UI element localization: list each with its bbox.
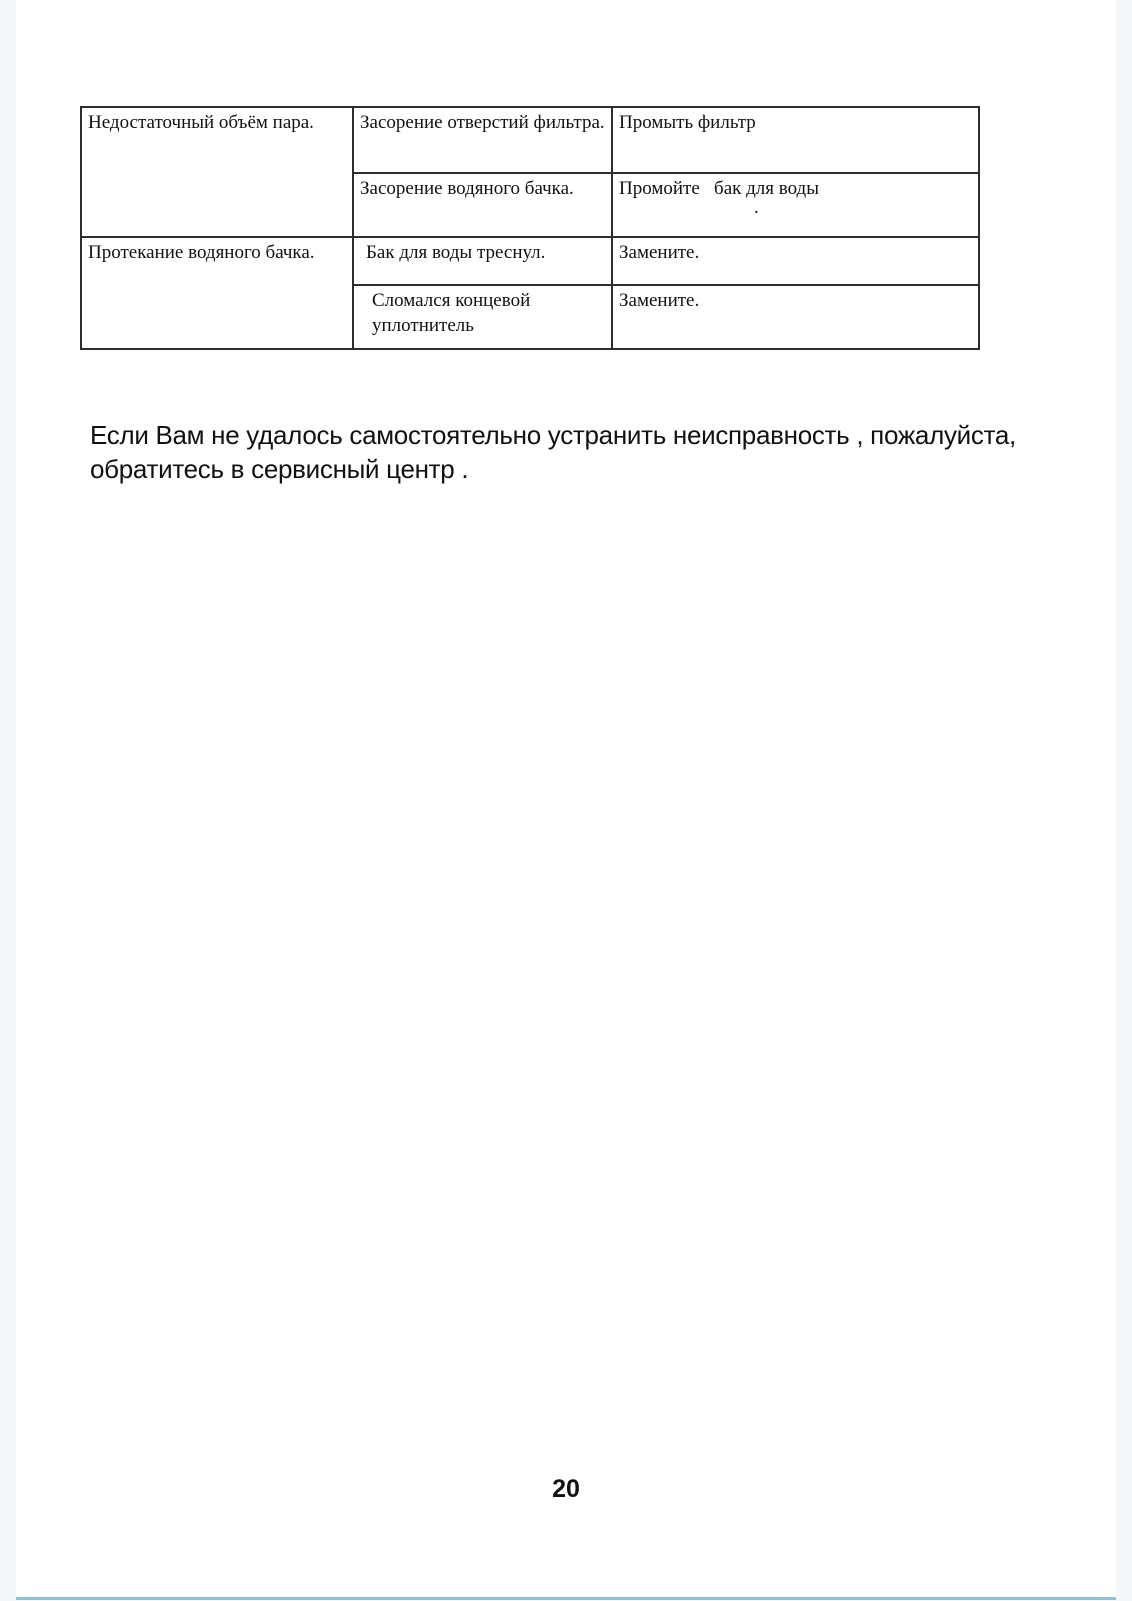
cause-cell: Засорение водяного бачка. <box>353 173 612 237</box>
problem-cell: Недостаточный объём пара. <box>81 107 353 237</box>
solution-cell: Замените. <box>612 285 979 349</box>
service-center-notice: Если Вам не удалось самостоятельно устра… <box>90 418 1050 486</box>
document-page: Недостаточный объём пара. Засорение отве… <box>16 0 1116 1598</box>
table-row: Недостаточный объём пара. Засорение отве… <box>81 107 979 173</box>
cause-cell: Сломался концевой уплотнитель <box>353 285 612 349</box>
cause-cell: Засорение отверстий фильтра. <box>353 107 612 173</box>
problem-cell: Протекание водяного бачка. <box>81 237 353 349</box>
page-number: 20 <box>16 1475 1116 1504</box>
solution-cell: Промыть фильтр <box>612 107 979 173</box>
solution-cell: Промойте бак для воды . <box>612 173 979 237</box>
table-row: Протекание водяного бачка. Бак для воды … <box>81 237 979 285</box>
solution-text: Промойте бак для воды <box>619 178 819 199</box>
cause-cell: Бак для воды треснул. <box>353 237 612 285</box>
solution-note: . <box>619 201 972 215</box>
solution-cell: Замените. <box>612 237 979 285</box>
bottom-rule <box>16 1597 1116 1600</box>
troubleshooting-table: Недостаточный объём пара. Засорение отве… <box>80 106 980 350</box>
